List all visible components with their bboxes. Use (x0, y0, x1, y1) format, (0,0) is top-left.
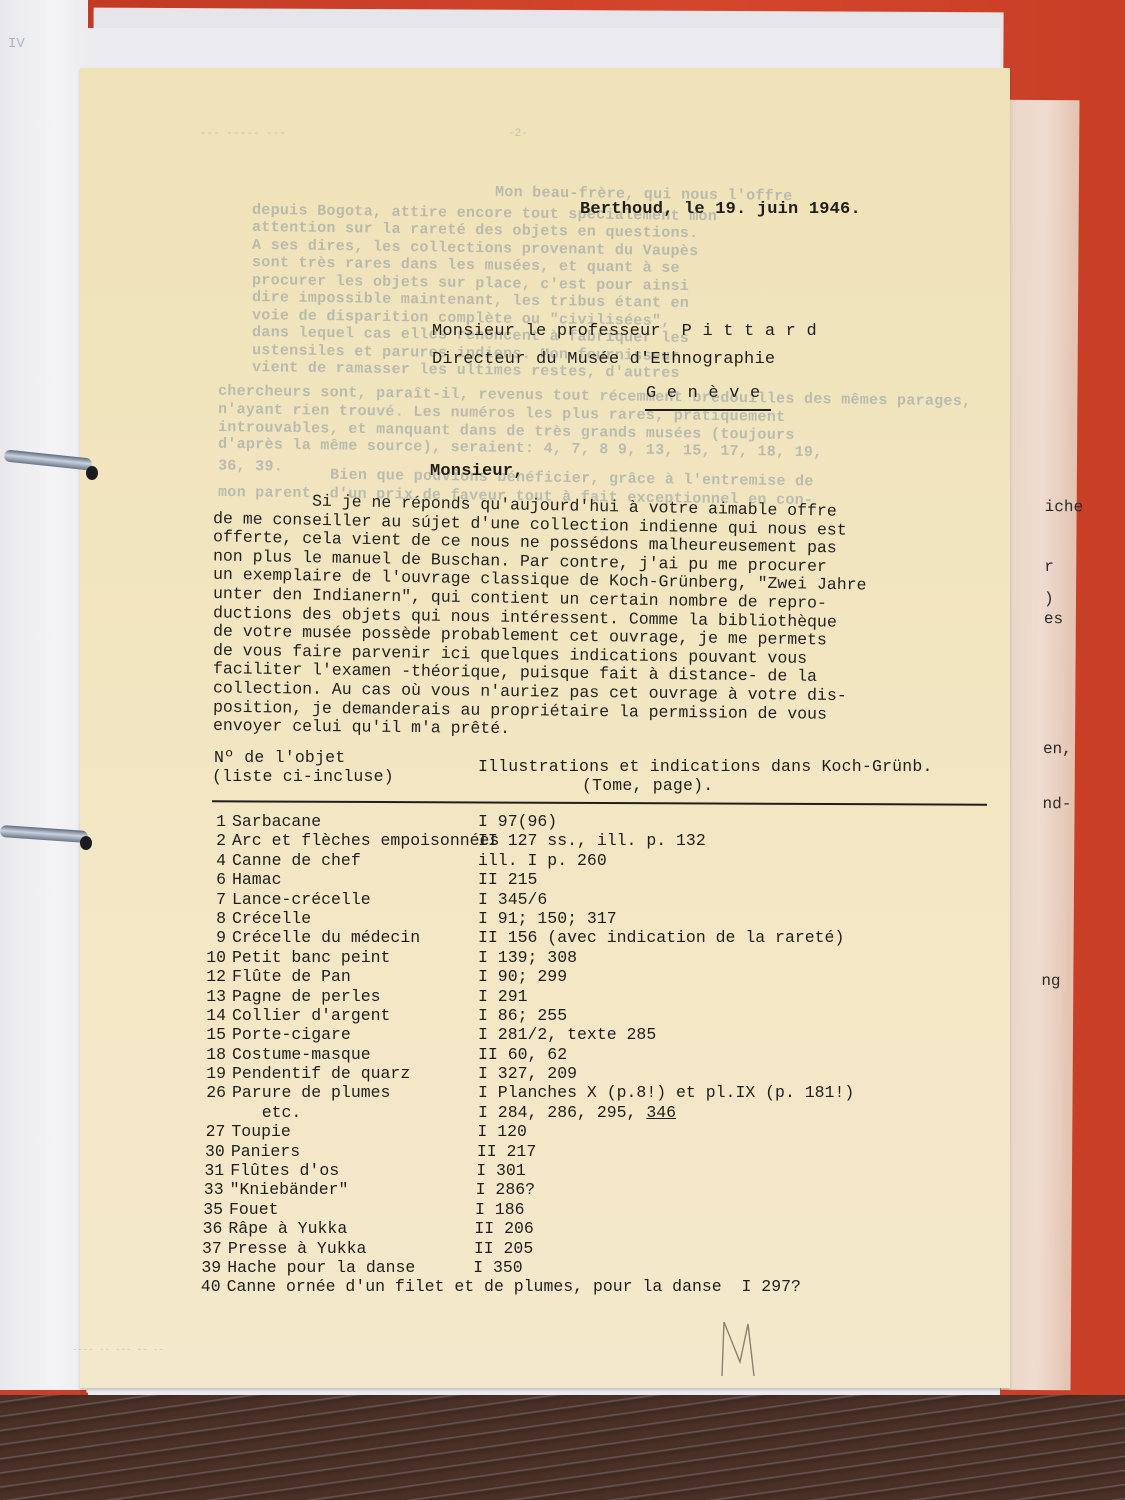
col2-header: (Tome, page). (582, 776, 713, 795)
object-number: 31 (194, 1161, 224, 1180)
object-name: Lance-crécelle (232, 890, 371, 909)
edge-fragment: ng (1041, 972, 1060, 990)
object-number: 13 (196, 987, 226, 1006)
edge-fragment: ) (1044, 590, 1054, 608)
object-reference: II 127 ss., ill. p. 132 (478, 831, 706, 850)
object-reference: I 284, 286, 295, 346 (478, 1103, 676, 1122)
object-name: etc. (232, 1103, 301, 1122)
object-number: 9 (196, 928, 226, 947)
object-name: "Kniebänder" (230, 1180, 349, 1199)
object-name: Parure de plumes (232, 1083, 390, 1102)
object-number: 18 (196, 1045, 226, 1064)
object-number: 2 (196, 831, 226, 850)
facing-page: IV (0, 0, 88, 1390)
object-reference: I 186 (475, 1200, 525, 1219)
object-name: Pagne de perles (232, 987, 381, 1006)
edge-fragment: en, (1043, 740, 1072, 758)
faint-header: --- ----- --- (200, 128, 286, 140)
object-number: 26 (196, 1083, 226, 1102)
edge-fragment: es (1044, 610, 1063, 628)
edge-fragment: nd- (1043, 795, 1072, 813)
object-name: Petit banc peint (232, 948, 390, 967)
object-reference: II 206 (474, 1219, 533, 1238)
object-number: 37 (192, 1239, 222, 1258)
object-reference: II 215 (478, 870, 537, 889)
ring-hole (80, 836, 92, 850)
place-date: Berthoud, le 19. juin 1946. (580, 200, 861, 219)
object-name: Canne de chef (232, 851, 361, 870)
recipient-line: Directeur du Musée d'Ethnographie (432, 350, 775, 369)
object-reference: ill. I p. 260 (478, 851, 607, 870)
object-number: 30 (195, 1142, 225, 1161)
object-number: 19 (196, 1064, 226, 1083)
object-name: Flûtes d'os (230, 1161, 339, 1180)
object-number: 27 (195, 1122, 225, 1141)
object-name: Arc et flèches empoisonnées (232, 831, 499, 850)
recipient-line: Monsieur le professeur P i t t a r d (432, 322, 817, 341)
object-name: Pendentif de quarz (232, 1064, 410, 1083)
table-row: 36Râpe à YukkaII 206 (196, 1219, 200, 1238)
col1-header: Nº de l'objet (214, 748, 345, 767)
table-row: 30PaniersII 217 (199, 1142, 200, 1161)
object-number: 33 (194, 1180, 224, 1199)
object-number: 40 (191, 1277, 221, 1296)
object-name: Hache pour la danse (227, 1258, 415, 1277)
object-name: Hamac (232, 870, 282, 889)
object-name: Paniers (231, 1142, 300, 1161)
pencil-mark-icon (718, 1318, 766, 1378)
object-name: Presse à Yukka (228, 1239, 367, 1258)
object-reference: I 291 (478, 987, 528, 1006)
edge-fragment: iche (1045, 498, 1084, 516)
salutation: Monsieur, (430, 462, 524, 481)
wooden-desk (0, 1395, 1125, 1500)
object-reference: I 345/6 (478, 890, 547, 909)
object-name: Crécelle (232, 909, 311, 928)
table-row: 33"Kniebänder"I 286? (198, 1180, 200, 1199)
page-number: -2- (508, 128, 528, 140)
table-row: 39Hache pour la danseI 350 (195, 1258, 200, 1277)
object-name: Collier d'argent (232, 1006, 390, 1025)
object-number: 14 (196, 1006, 226, 1025)
table-row: 35FouetI 186 (197, 1200, 200, 1219)
table-row: 40Canne ornée d'un filet et de plumes, p… (195, 1277, 200, 1296)
object-reference: II 205 (474, 1239, 533, 1258)
object-reference: I 120 (477, 1122, 527, 1141)
object-name: Toupie (231, 1122, 290, 1141)
object-reference: I 281/2, texte 285 (478, 1025, 656, 1044)
object-reference: I 91; 150; 317 (478, 909, 617, 928)
object-number: 1 (196, 812, 226, 831)
object-reference: I 86; 255 (478, 1006, 567, 1025)
object-reference: I 90; 299 (478, 967, 567, 986)
object-reference: I 286? (476, 1180, 535, 1199)
object-reference: II 156 (avec indication de la rareté) (478, 928, 844, 947)
city-underline (645, 409, 771, 411)
object-name: Costume-masque (232, 1045, 371, 1064)
object-number: 39 (191, 1258, 221, 1277)
object-reference: I 97(96) (478, 812, 557, 831)
col1-header: (liste ci-incluse) (212, 767, 394, 786)
object-number: 12 (196, 967, 226, 986)
object-name: Fouet (229, 1200, 279, 1219)
col2-header: Illustrations et indications dans Koch-G… (478, 757, 933, 776)
bleedthrough-line: 36, 39. (218, 458, 283, 476)
object-reference: II 217 (477, 1142, 536, 1161)
object-name: Crécelle du médecin (232, 928, 420, 947)
object-number: 36 (192, 1219, 222, 1238)
page-mark: IV (8, 36, 25, 52)
object-number: 35 (193, 1200, 223, 1219)
object-name: Flûte de Pan (232, 967, 351, 986)
ring-hole (86, 466, 98, 480)
object-number: 15 (196, 1025, 226, 1044)
object-number: 10 (196, 948, 226, 967)
recipient-city: G e n è v e (646, 384, 760, 403)
object-number: 4 (196, 851, 226, 870)
table-row: 31Flûtes d'osI 301 (198, 1161, 200, 1180)
edge-fragment: r (1044, 558, 1054, 576)
object-name: Porte-cigare (232, 1025, 351, 1044)
object-number: 6 (196, 870, 226, 889)
object-reference: I Planches X (p.8!) et pl.IX (p. 181!) (478, 1083, 854, 1102)
object-name: Canne ornée d'un filet et de plumes, pou… (227, 1277, 801, 1296)
object-name: Sarbacane (232, 812, 321, 831)
object-number: 8 (196, 909, 226, 928)
underlying-sheet-edge: iche r ) es en, nd- ng (1000, 100, 1079, 1390)
object-reference: I 139; 308 (478, 948, 577, 967)
object-reference: I 327, 209 (478, 1064, 577, 1083)
letter-body: Si je ne réponds qu'aujourd'hui à votre … (213, 498, 973, 740)
faint-footer: ---- -- --- -- -- (72, 1345, 164, 1355)
table-row: 37Presse à YukkaII 205 (196, 1239, 200, 1258)
table-row: 27ToupieI 120 (199, 1122, 200, 1141)
object-reference: I 301 (476, 1161, 526, 1180)
object-number: 7 (196, 890, 226, 909)
object-reference: II 60, 62 (478, 1045, 567, 1064)
object-name: Râpe à Yukka (228, 1219, 347, 1238)
object-reference: I 350 (473, 1258, 523, 1277)
